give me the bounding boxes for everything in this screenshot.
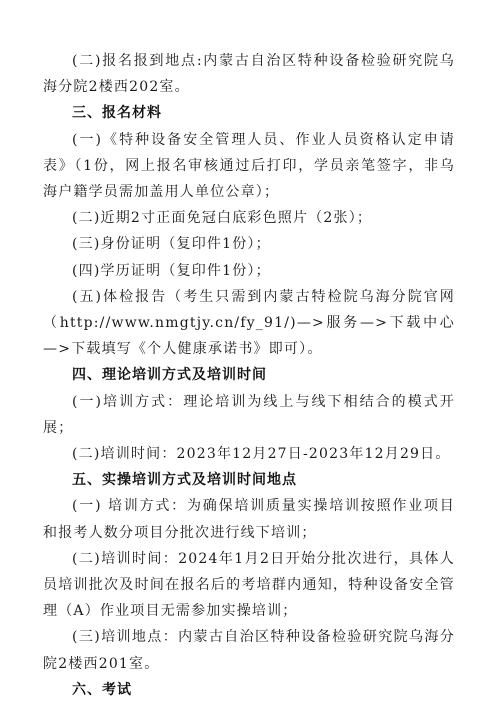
section-3-heading: 三、报名材料	[43, 100, 455, 126]
material-4: (四)学历证明（复印件1份）；	[43, 258, 455, 284]
practical-time: (二)培训时间：2024年1月2日开始分批次进行，具体人员培训批次及时间在报名后…	[43, 546, 455, 625]
practical-location: (三)培训地点：内蒙古自治区特种设备检验研究院乌海分院2楼西201室。	[43, 624, 455, 676]
section-6-heading: 六、考试	[43, 677, 455, 703]
theory-method: (一)培训方式：理论培训为线上与线下相结合的模式开展；	[43, 389, 455, 441]
material-3: (三)身份证明（复印件1份）；	[43, 231, 455, 257]
section-4-heading: 四、理论培训方式及培训时间	[43, 362, 455, 388]
document-page: (二)报名报到地点:内蒙古自治区特种设备检验研究院乌海分院2楼西202室。 三、…	[43, 48, 455, 703]
practical-method: (一) 培训方式：为确保培训质量实操培训按照作业项目和报考人数分项目分批次进行线…	[43, 493, 455, 545]
section-5-heading: 五、实操培训方式及培训时间地点	[43, 467, 455, 493]
material-1: (一)《特种设备安全管理人员、作业人员资格认定申请表》（1份，网上报名审核通过后…	[43, 127, 455, 206]
theory-time: (二)培训时间：2023年12月27日-2023年12月29日。	[43, 441, 455, 467]
material-2: (二)近期2寸正面免冠白底彩色照片（2张）；	[43, 205, 455, 231]
registration-location: (二)报名报到地点:内蒙古自治区特种设备检验研究院乌海分院2楼西202室。	[43, 48, 455, 100]
material-5: (五)体检报告（考生只需到内蒙古特检院乌海分院官网（http://www.nmg…	[43, 284, 455, 363]
